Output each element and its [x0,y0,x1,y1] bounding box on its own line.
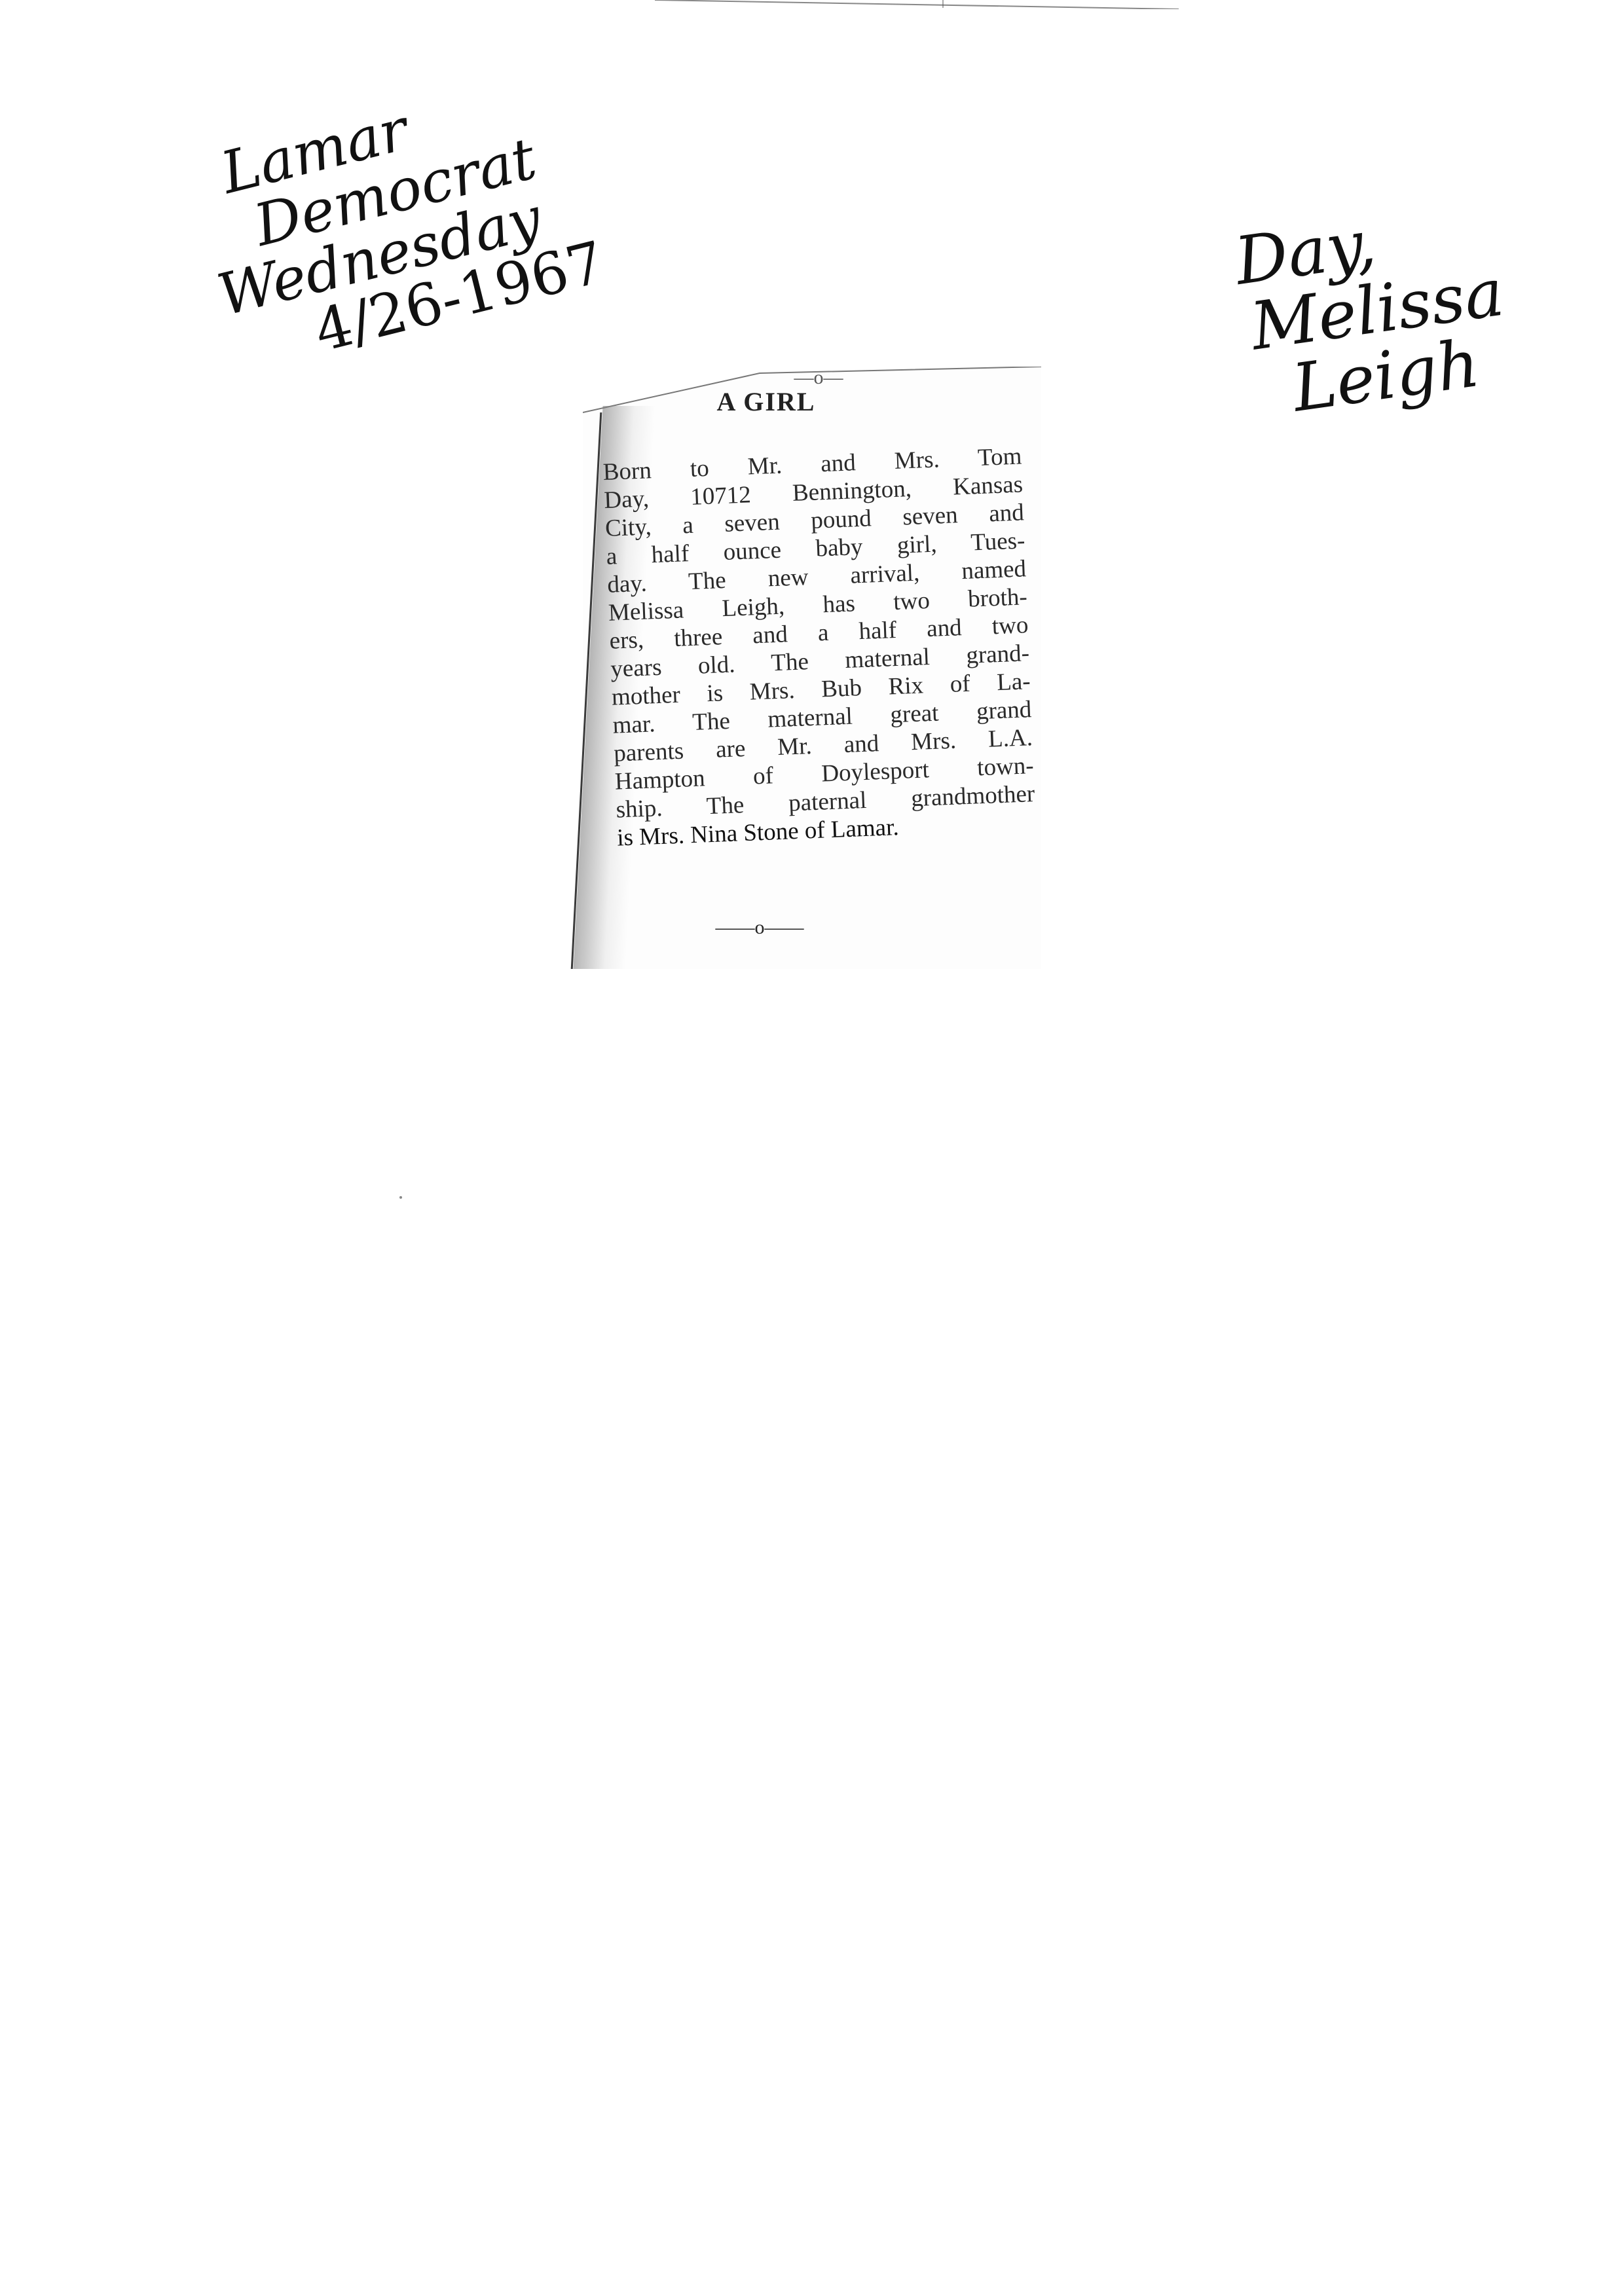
newspaper-clipping: —o— A GIRL Born to Mr. and Mrs. Tom Day,… [583,367,1041,969]
scan-top-edge [655,0,1179,9]
ornament-top: —o— [773,367,864,389]
handwritten-source-note: Lamar Democrat Wednesday 4/26-1967 [196,62,610,378]
handwritten-name-note: Day, Melissa Leigh [1231,193,1517,428]
headline: A GIRL [583,386,950,417]
scan-speck [399,1196,402,1199]
ornament-bottom: ——o—— [707,917,812,939]
article-body: Born to Mr. and Mrs. Tom Day, 10712 Benn… [602,442,1037,852]
